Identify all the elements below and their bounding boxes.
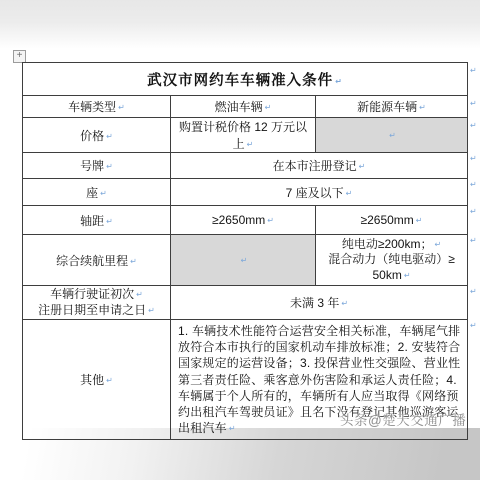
table-row: 价格↵ 购置计税价格 12 万元以上↵ ↵ (23, 118, 468, 153)
table-row: 轴距↵ ≥2650mm↵ ≥2650mm↵ (23, 206, 468, 235)
end-of-row-marker: ↵ (470, 100, 477, 108)
cell-header-vehicle-type: 车辆类型↵ (23, 96, 171, 118)
cell-license-label: 车辆行驶证初次↵ 注册日期至申请之日↵ (23, 286, 171, 320)
end-of-row-marker: ↵ (470, 67, 477, 75)
price-fuel-value: 购置计税价格 12 万元以上 (179, 120, 307, 151)
range-nev-line1: 纯电动≥200km； (342, 237, 433, 251)
table-row: 车辆行驶证初次↵ 注册日期至申请之日↵ 未满 3 年↵ (23, 286, 468, 320)
cell-wheelbase-fuel: ≥2650mm↵ (171, 206, 316, 235)
seats-value: 7 座及以下 (286, 186, 344, 200)
table-row: 综合续航里程↵ ↵ 纯电动≥200km；↵ 混合动力（纯电驱动）≥ 50km↵ (23, 235, 468, 286)
table-row: 车辆类型↵ 燃油车辆↵ 新能源车辆↵ (23, 96, 468, 118)
plate-value: 在本市注册登记 (273, 159, 357, 173)
cell-other-label: 其他↵ (23, 320, 171, 440)
end-of-row-marker: ↵ (470, 181, 477, 189)
top-gradient-band (0, 0, 480, 49)
cell-seats-value: 7 座及以下↵ (171, 179, 468, 206)
range-nev-line2: 混合动力（纯电驱动）≥ (328, 252, 455, 266)
cell-range-nev: 纯电动≥200km；↵ 混合动力（纯电驱动）≥ 50km↵ (316, 235, 468, 286)
license-label-line2: 注册日期至申请之日 (38, 303, 146, 317)
end-of-row-marker: ↵ (470, 208, 477, 216)
end-of-row-marker: ↵ (470, 288, 477, 296)
cell-range-label: 综合续航里程↵ (23, 235, 171, 286)
cell-price-label: 价格↵ (23, 118, 171, 153)
price-label: 价格 (80, 129, 104, 143)
wheelbase-label: 轴距 (80, 214, 104, 228)
cell-plate-value: 在本市注册登记↵ (171, 153, 468, 179)
header-vehicle-type-label: 车辆类型 (68, 100, 116, 114)
table-row: 号牌↵ 在本市注册登记↵ (23, 153, 468, 179)
cell-table-title: 武汉市网约车车辆准入条件↵ (23, 63, 468, 96)
plus-glyph: + (17, 50, 23, 61)
header-nev-label: 新能源车辆 (357, 100, 417, 114)
end-of-row-marker: ↵ (470, 155, 477, 163)
seats-label: 座 (86, 186, 98, 200)
document-page: + 武汉市网约车车辆准入条件↵ 车辆类型↵ 燃油车辆↵ 新能源车辆↵ 价格↵ (0, 0, 480, 480)
range-nev-line3: 50km (372, 268, 401, 282)
cell-header-fuel: 燃油车辆↵ (171, 96, 316, 118)
license-label-line1: 车辆行驶证初次 (50, 287, 134, 301)
cell-seats-label: 座↵ (23, 179, 171, 206)
watermark-text: 头条@楚天交通广播 (340, 409, 466, 429)
table-title: 武汉市网约车车辆准入条件 (147, 73, 333, 89)
admission-conditions-table: 武汉市网约车车辆准入条件↵ 车辆类型↵ 燃油车辆↵ 新能源车辆↵ 价格↵ 购置计… (22, 62, 468, 440)
plate-label: 号牌 (80, 159, 104, 173)
end-of-row-marker: ↵ (470, 322, 477, 330)
wheelbase-fuel-value: ≥2650mm (212, 213, 265, 227)
cell-wheelbase-label: 轴距↵ (23, 206, 171, 235)
cell-range-fuel-shaded: ↵ (171, 235, 316, 286)
license-value: 未满 3 年 (290, 296, 339, 310)
cell-wheelbase-nev: ≥2650mm↵ (316, 206, 468, 235)
header-fuel-label: 燃油车辆 (215, 100, 263, 114)
table-row: 武汉市网约车车辆准入条件↵ (23, 63, 468, 96)
cell-license-value: 未满 3 年↵ (171, 286, 468, 320)
cell-header-nev: 新能源车辆↵ (316, 96, 468, 118)
end-of-row-marker: ↵ (470, 122, 477, 130)
range-label: 综合续航里程 (56, 254, 128, 268)
end-of-row-marker: ↵ (470, 237, 477, 245)
table-row: 座↵ 7 座及以下↵ (23, 179, 468, 206)
cell-plate-label: 号牌↵ (23, 153, 171, 179)
cell-price-fuel: 购置计税价格 12 万元以上↵ (171, 118, 316, 153)
cell-price-nev-shaded: ↵ (316, 118, 468, 153)
wheelbase-nev-value: ≥2650mm (361, 213, 414, 227)
other-label: 其他 (80, 373, 104, 387)
